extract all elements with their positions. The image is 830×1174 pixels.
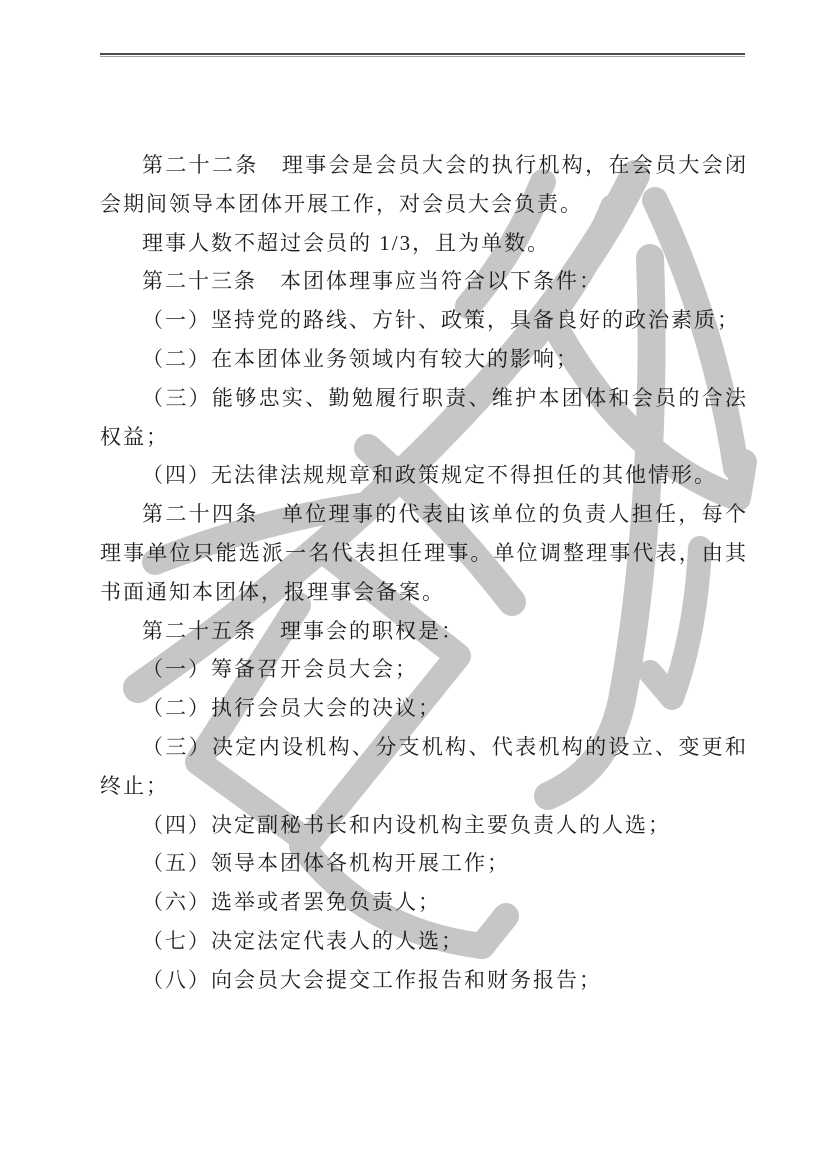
paragraph: 第二十三条 本团体理事应当符合以下条件： bbox=[100, 262, 748, 301]
paragraph: （一）筹备召开会员大会； bbox=[100, 650, 748, 689]
paragraph: （二）在本团体业务领域内有较大的影响； bbox=[100, 340, 748, 379]
paragraph: （四）无法律法规规章和政策规定不得担任的其他情形。 bbox=[100, 456, 748, 495]
paragraph: 第二十五条 理事会的职权是： bbox=[100, 612, 748, 651]
paragraph: （七）决定法定代表人的人选； bbox=[100, 922, 748, 961]
paragraph: 第二十四条 单位理事的代表由该单位的负责人担任，每个理事单位只能选派一名代表担任… bbox=[100, 495, 748, 611]
paragraph: 第二十二条 理事会是会员大会的执行机构，在会员大会闭会期间领导本团体开展工作，对… bbox=[100, 146, 748, 224]
header-rule bbox=[100, 53, 745, 57]
paragraph: （五）领导本团体各机构开展工作； bbox=[100, 844, 748, 883]
paragraph: （六）选举或者罢免负责人； bbox=[100, 883, 748, 922]
document-body: 第二十二条 理事会是会员大会的执行机构，在会员大会闭会期间领导本团体开展工作，对… bbox=[100, 146, 748, 1000]
paragraph: （一）坚持党的路线、方针、政策，具备良好的政治素质； bbox=[100, 301, 748, 340]
paragraph: （二）执行会员大会的决议； bbox=[100, 689, 748, 728]
paragraph: （三）能够忠实、勤勉履行职责、维护本团体和会员的合法权益； bbox=[100, 379, 748, 457]
paragraph: （四）决定副秘书长和内设机构主要负责人的人选； bbox=[100, 806, 748, 845]
paragraph: （八）向会员大会提交工作报告和财务报告； bbox=[100, 961, 748, 1000]
paragraph: 理事人数不超过会员的 1/3，且为单数。 bbox=[100, 224, 748, 263]
paragraph: （三）决定内设机构、分支机构、代表机构的设立、变更和终止； bbox=[100, 728, 748, 806]
document-page: 第二十二条 理事会是会员大会的执行机构，在会员大会闭会期间领导本团体开展工作，对… bbox=[0, 0, 830, 1174]
